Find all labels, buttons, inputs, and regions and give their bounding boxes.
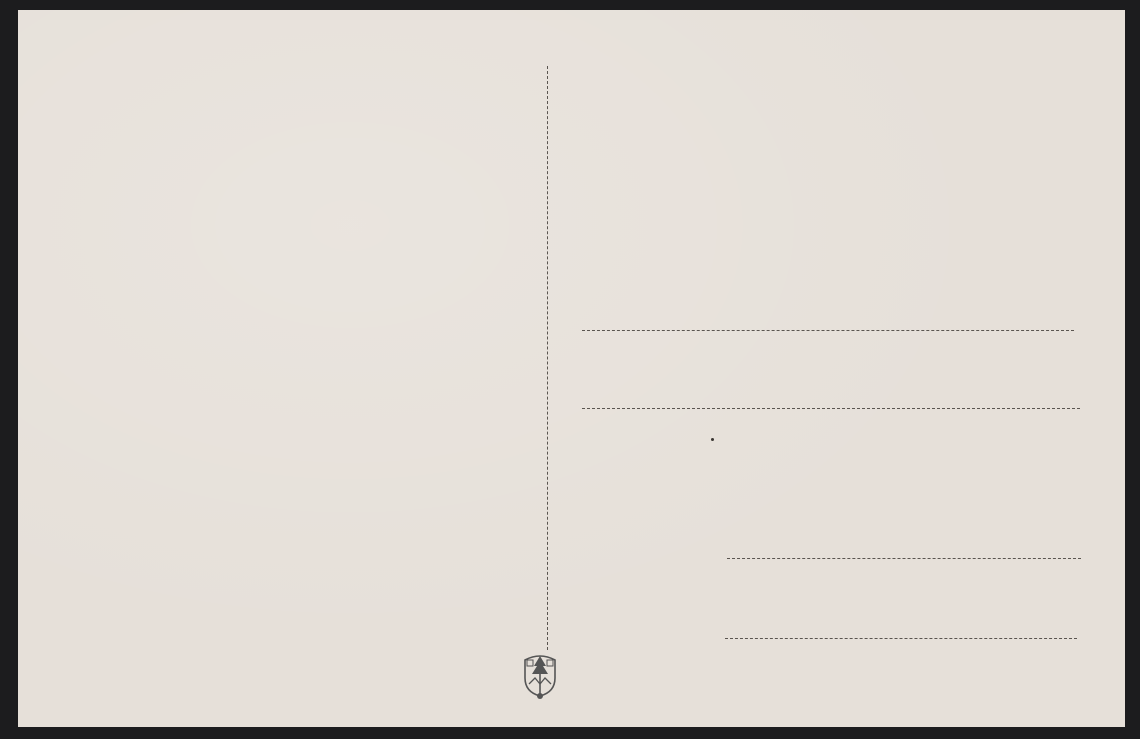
tree-emblem-icon xyxy=(521,650,559,700)
address-line-4 xyxy=(725,638,1077,639)
address-line-1 xyxy=(582,330,1074,331)
address-line-3 xyxy=(727,558,1081,559)
postcard-back xyxy=(18,10,1125,727)
paper-speck xyxy=(711,438,714,441)
address-line-2 xyxy=(582,408,1080,409)
center-divider-line xyxy=(547,66,548,650)
